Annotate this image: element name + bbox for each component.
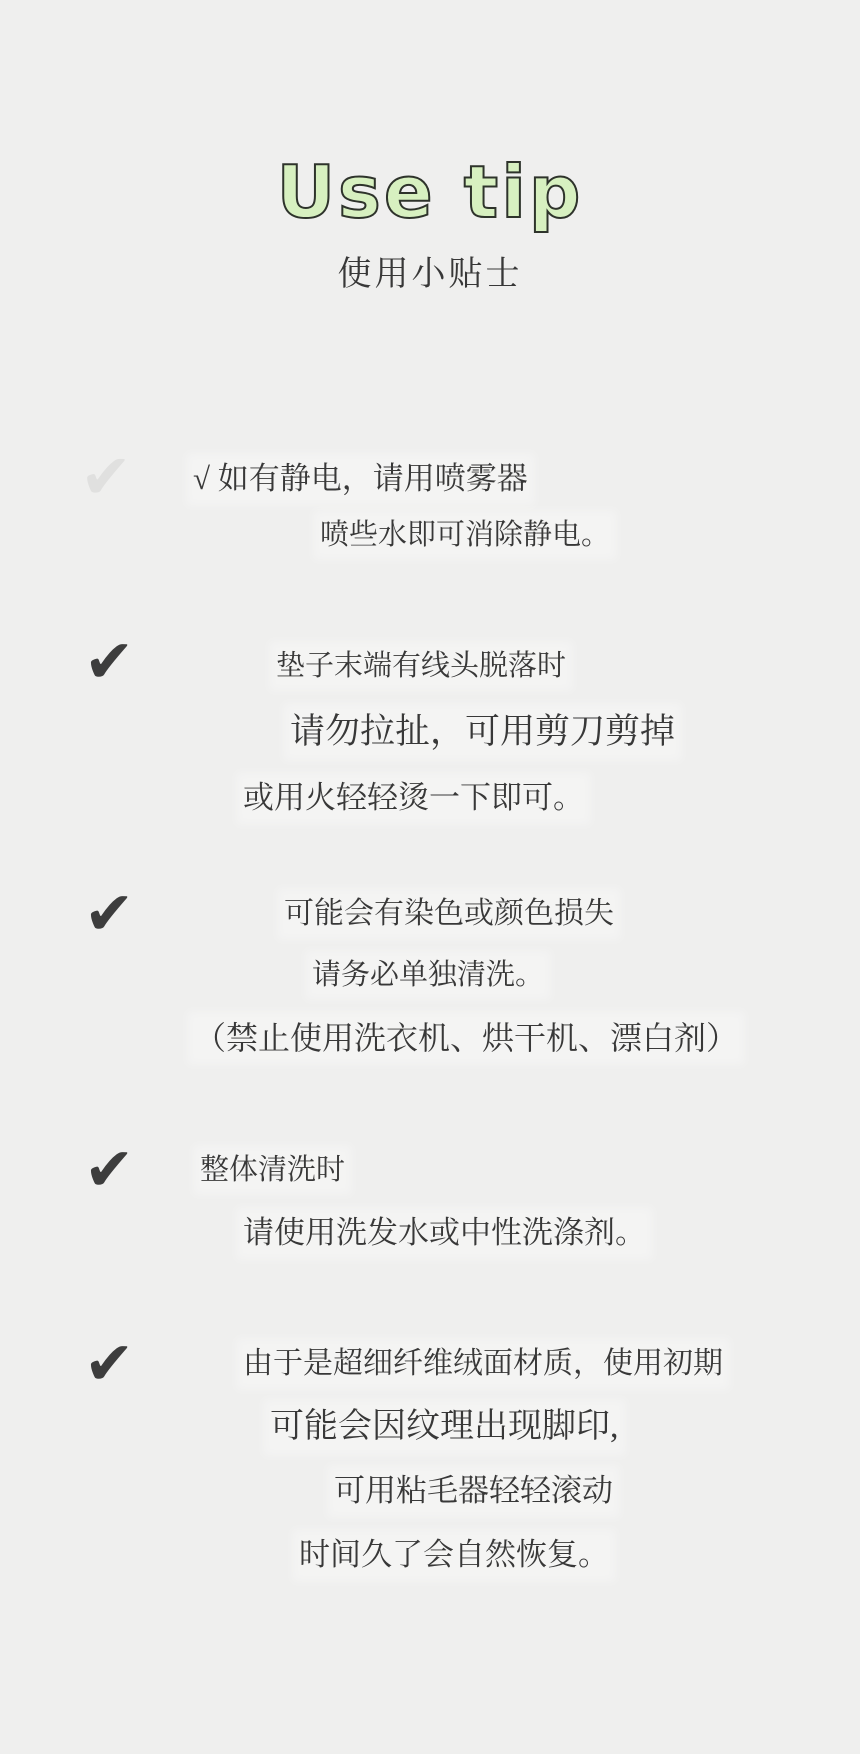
tip-line: 可能会有染色或颜色损失 [284, 895, 614, 933]
tip-line: （禁止使用洗衣机、烘干机、漂白剂） [194, 1018, 738, 1058]
tip-line: √ 如有静电，请用喷雾器 [193, 460, 528, 499]
check-icon: ✔ [84, 1140, 134, 1200]
page-title: Use tip [0, 150, 860, 234]
tip-line: 垫子末端有线头脱落时 [276, 648, 566, 684]
tip-line: 请务必单独清洗。 [312, 957, 544, 993]
tip-line: 可用粘毛器轻轻滚动 [334, 1472, 613, 1511]
tip-line: 整体清洗时 [200, 1152, 345, 1188]
tip-line: 或用火轻轻烫一下即可。 [243, 779, 584, 818]
tip-line: 请勿拉扯，可用剪刀剪掉 [290, 710, 675, 754]
check-icon: ✔ [84, 1334, 134, 1394]
tip-line: 可能会因纹理出现脚印, [270, 1406, 619, 1449]
tip-line: 喷些水即可消除静电。 [320, 517, 610, 553]
page-subtitle: 使用小贴士 [0, 246, 860, 295]
check-icon: ✔ [84, 632, 134, 692]
tip-line: 时间久了会自然恢复。 [299, 1536, 609, 1575]
use-tip-page: Use tip 使用小贴士 ✔ √ 如有静电，请用喷雾器 喷些水即可消除静电。 … [0, 0, 860, 1754]
tip-line: 请使用洗发水或中性洗涤剂。 [243, 1214, 646, 1253]
check-icon: ✔ [80, 446, 132, 508]
check-icon: ✔ [84, 884, 134, 944]
tip-line: 由于是超细纤维绒面材质，使用初期 [243, 1345, 723, 1383]
